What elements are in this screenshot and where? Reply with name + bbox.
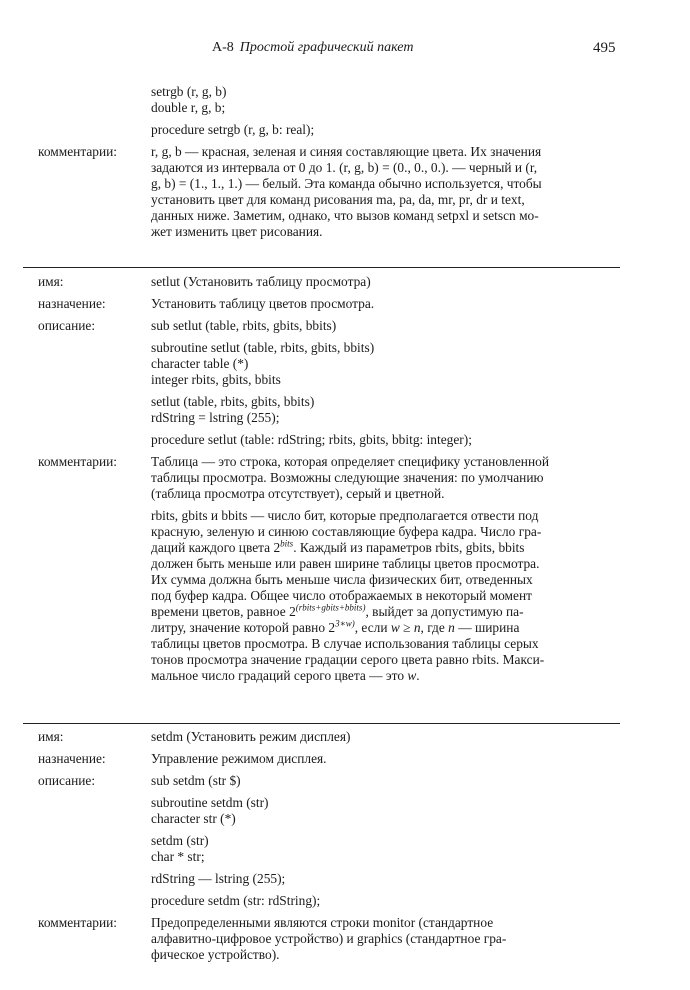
- comment-line: Таблица — это строка, которая определяет…: [151, 454, 619, 470]
- pascal-signature-line: procedure setrgb (r, g, b: real);: [151, 122, 619, 138]
- text-run: , где: [421, 620, 449, 635]
- section-title: Простой графический пакет: [240, 40, 414, 55]
- comment-line: Их сумма должна быть меньше числа физиче…: [151, 572, 619, 588]
- purpose-label: назначение:: [38, 296, 148, 312]
- comment-line: таблицы цветов просмотра. В случае испол…: [151, 636, 619, 652]
- pascal-signature: procedure setlut (table: rdString; rbits…: [151, 432, 619, 448]
- superscript-bits: bits: [280, 539, 293, 549]
- comment-text: Таблица — это строка, которая определяет…: [151, 454, 619, 684]
- basic-signature: sub setdm (str $): [151, 773, 619, 789]
- setdm-entry: имя: setdm (Установить режим дисплея) на…: [0, 729, 690, 963]
- fortran-line: subroutine setdm (str): [151, 795, 619, 811]
- purpose-label: назначение:: [38, 751, 148, 767]
- text-run: — ширина: [455, 620, 520, 635]
- setlut-entry: имя: setlut (Установить таблицу просмотр…: [0, 274, 690, 684]
- purpose-value: Установить таблицу цветов просмотра.: [151, 296, 619, 312]
- description-label: описание:: [38, 318, 148, 334]
- text-run: даций каждого цвета 2: [151, 540, 280, 555]
- description-label: описание:: [38, 773, 148, 789]
- comment-line: тонов просмотра значение градации серого…: [151, 652, 619, 668]
- basic-signature: sub setlut (table, rbits, gbits, bbits): [151, 318, 619, 334]
- comment-line: литру, значение которой равно 23∗w), есл…: [151, 620, 619, 636]
- fortran-line: character str (*): [151, 811, 619, 827]
- comment-line: под буфер кадра. Общее число отображаемы…: [151, 588, 619, 604]
- var-w: w: [407, 668, 416, 683]
- purpose-row: назначение: Установить таблицу цветов пр…: [0, 296, 690, 312]
- text-run: литру, значение которой равно 2: [151, 620, 335, 635]
- page-number: 495: [593, 40, 616, 56]
- setrgb-continuation: setrgb (r, g, b) double r, g, b; procedu…: [0, 84, 690, 240]
- comment-row: комментарии: r, g, b — красная, зеленая …: [0, 144, 690, 240]
- c-line: char * str;: [151, 849, 619, 865]
- name-value: setlut (Установить таблицу просмотра): [151, 274, 619, 290]
- c-signature-line: setrgb (r, g, b): [151, 84, 619, 100]
- description-row: описание: sub setlut (table, rbits, gbit…: [0, 318, 690, 448]
- comment-line: времени цветов, равное 2(rbits+gbits+bbi…: [151, 604, 619, 620]
- name-value: setdm (Установить режим дисплея): [151, 729, 619, 745]
- c-declaration-line: double r, g, b;: [151, 100, 619, 116]
- text-run: ≥: [400, 620, 414, 635]
- description-row: описание: sub setdm (str $) subroutine s…: [0, 773, 690, 909]
- c-line: setlut (table, rbits, gbits, bbits): [151, 394, 619, 410]
- comment-line: задаются из интервала от 0 до 1. (r, g, …: [151, 160, 619, 176]
- text-run: , если: [355, 620, 391, 635]
- comment-line: данных ниже. Заметим, однако, что вызов …: [151, 208, 619, 224]
- comment-line: установить цвет для команд рисования ma,…: [151, 192, 619, 208]
- section-number: А-8: [212, 40, 234, 55]
- comment-line: должен быть меньше или равен ширине табл…: [151, 556, 619, 572]
- comment-line: жет изменить цвет рисования.: [151, 224, 619, 240]
- running-head: А-8Простой графический пакет 495: [0, 40, 690, 58]
- section-divider: [23, 723, 620, 724]
- c-line: setdm (str): [151, 833, 619, 849]
- name-label: имя:: [38, 729, 148, 745]
- comment-text: r, g, b — красная, зеленая и синяя соста…: [151, 144, 619, 240]
- text-run: , выйдет за допустимую па-: [365, 604, 523, 619]
- fortran-line: character table (*): [151, 356, 619, 372]
- comment-line: Предопределенными являются строки monito…: [151, 915, 619, 931]
- comment-label: комментарии:: [38, 915, 148, 931]
- superscript-3w: 3∗w): [335, 619, 355, 629]
- text-run: времени цветов, равное 2: [151, 604, 296, 619]
- comment-line: таблицы просмотра. Возможны следующие зн…: [151, 470, 619, 486]
- c-line: rdString = lstring (255);: [151, 410, 619, 426]
- superscript-sum: (rbits+gbits+bbits): [296, 603, 366, 613]
- var-w: w: [391, 620, 400, 635]
- var-n: n: [414, 620, 421, 635]
- name-row: имя: setdm (Установить режим дисплея): [0, 729, 690, 745]
- section-divider: [23, 267, 620, 268]
- comment-line: r, g, b — красная, зеленая и синяя соста…: [151, 144, 619, 160]
- text-run: .: [416, 668, 419, 683]
- text-run: . Каждый из параметров rbits, gbits, bbi…: [293, 540, 524, 555]
- comment-label: комментарии:: [38, 454, 148, 470]
- comment-line: фическое устройство).: [151, 947, 619, 963]
- comment-row: комментарии: Предопределенными являются …: [0, 915, 690, 963]
- name-row: имя: setlut (Установить таблицу просмотр…: [0, 274, 690, 290]
- fortran-line: integer rbits, gbits, bbits: [151, 372, 619, 388]
- pascal-signature: procedure setdm (str: rdString);: [151, 893, 619, 909]
- comment-line: даций каждого цвета 2bits. Каждый из пар…: [151, 540, 619, 556]
- var-n: n: [448, 620, 455, 635]
- comment-line: rbits, gbits и bbits — число бит, которы…: [151, 508, 619, 524]
- comment-line: g, b) = (1., 1., 1.) — белый. Эта команд…: [151, 176, 619, 192]
- comment-text: Предопределенными являются строки monito…: [151, 915, 619, 963]
- purpose-row: назначение: Управление режимом дисплея.: [0, 751, 690, 767]
- name-label: имя:: [38, 274, 148, 290]
- text-run: мальное число градаций серого цвета — эт…: [151, 668, 407, 683]
- running-title: А-8Простой графический пакет: [212, 40, 413, 56]
- purpose-value: Управление режимом дисплея.: [151, 751, 619, 767]
- comment-line: мальное число градаций серого цвета — эт…: [151, 668, 619, 684]
- pascal-type-line: rdString — lstring (255);: [151, 871, 619, 887]
- comment-line: алфавитно-цифровое устройство) и graphic…: [151, 931, 619, 947]
- fortran-line: subroutine setlut (table, rbits, gbits, …: [151, 340, 619, 356]
- comment-line: (таблица просмотра отсутствует), серый и…: [151, 486, 619, 502]
- comment-line: красную, зеленую и синюю составляющие бу…: [151, 524, 619, 540]
- comment-row: комментарии: Таблица — это строка, котор…: [0, 454, 690, 684]
- comment-label: комментарии:: [38, 144, 148, 160]
